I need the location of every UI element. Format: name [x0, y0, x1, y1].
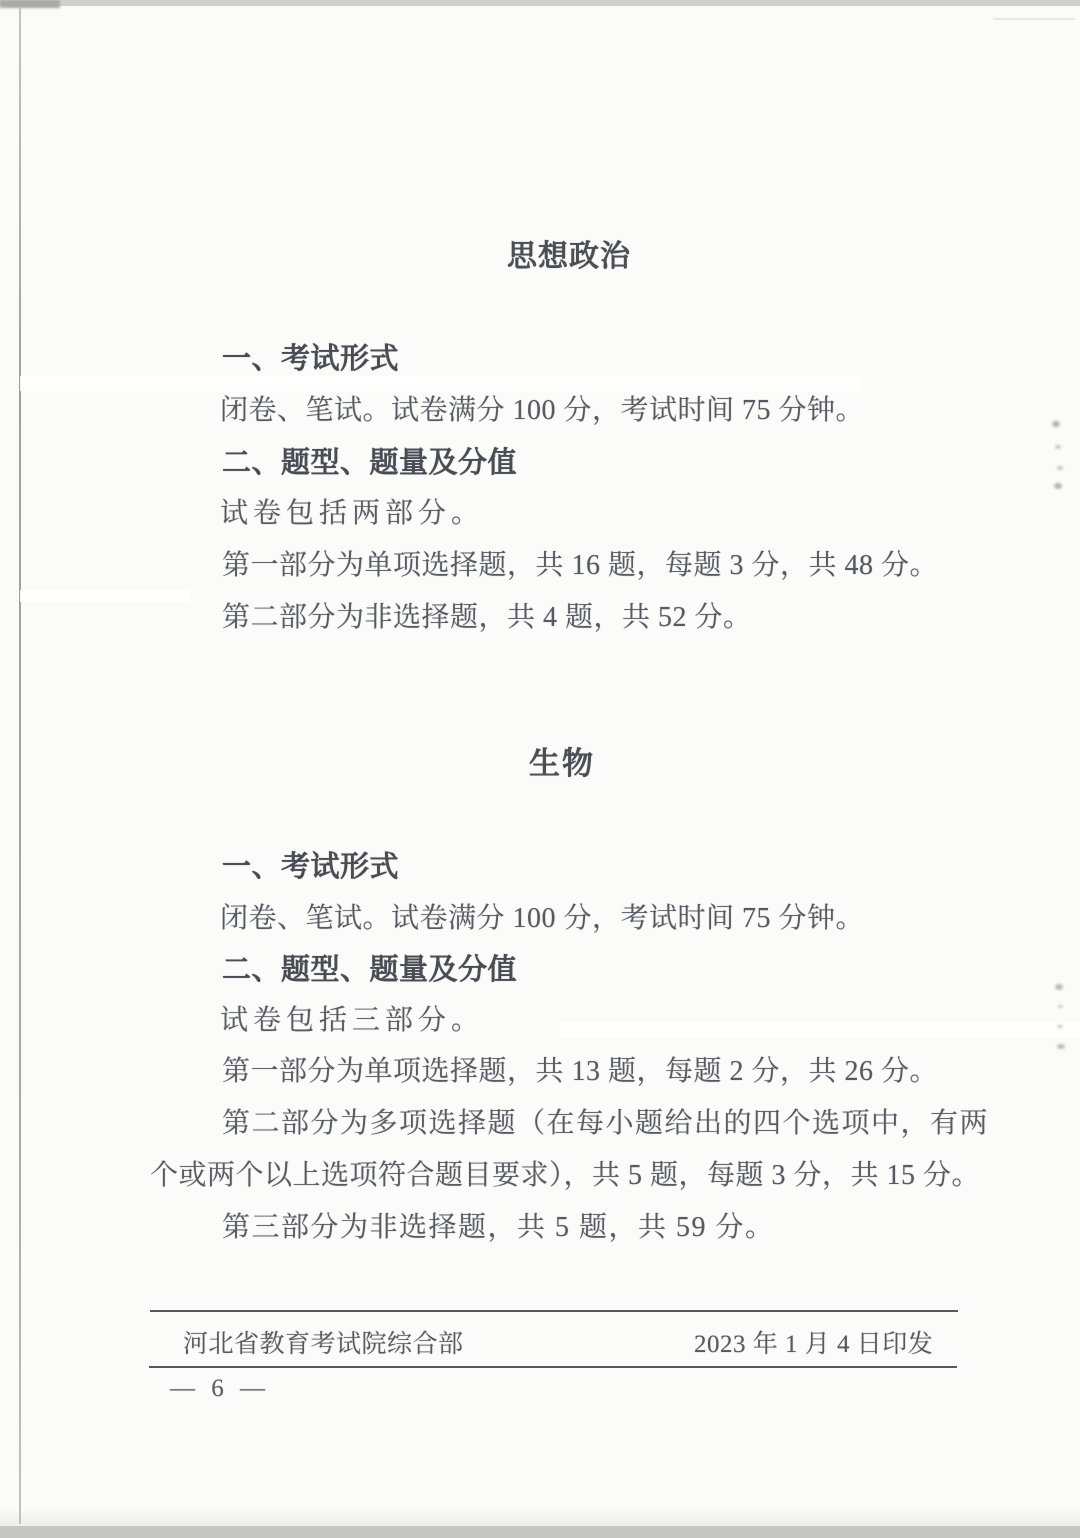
politics-heading-exam-format: 一、考试形式: [222, 336, 399, 377]
politics-intro-text: 试卷包括两部分。: [220, 491, 484, 531]
biology-part-2-line-2: 个或两个以上选项符合题目要求），共 5 题，每题 3 分，共 15 分。: [150, 1153, 980, 1193]
scan-smudge: [1054, 483, 1062, 489]
footer-print-date: 2023 年 1 月 4 日印发: [694, 1324, 933, 1360]
biology-part-2-line-1: 第二部分为多项选择题（在每小题给出的四个选项中，有两: [222, 1101, 989, 1141]
footer-issuer: 河北省教育考试院综合部: [183, 1324, 464, 1360]
scan-bottom-edge-shadow: [0, 1508, 1080, 1526]
politics-part-2: 第二部分为非选择题，共 4 题，共 52 分。: [222, 595, 752, 635]
politics-heading-question-types: 二、题型、题量及分值: [222, 440, 517, 481]
scan-smudge: [1058, 1005, 1063, 1008]
page-number: — 6 —: [170, 1375, 270, 1403]
section-title-politics: 思想政治: [507, 231, 631, 275]
scan-smudge: [1052, 421, 1060, 427]
biology-part-1: 第一部分为单项选择题，共 13 题，每题 2 分，共 26 分。: [222, 1049, 938, 1089]
scan-light-band: [20, 590, 190, 602]
biology-exam-format-text: 闭卷、笔试。试卷满分 100 分，考试时间 75 分钟。: [220, 896, 864, 936]
scan-smudge: [1055, 445, 1061, 449]
biology-intro-text: 试卷包括三部分。: [220, 998, 484, 1038]
politics-part-1: 第一部分为单项选择题，共 16 题，每题 3 分，共 48 分。: [222, 543, 938, 583]
scan-light-band: [560, 1022, 1080, 1038]
scanned-document-page: 思想政治 一、考试形式 闭卷、笔试。试卷满分 100 分，考试时间 75 分钟。…: [0, 0, 1080, 1538]
scan-bottom-edge: [0, 1526, 1080, 1538]
biology-heading-exam-format: 一、考试形式: [222, 844, 399, 885]
biology-part-3: 第三部分为非选择题，共 5 题，共 59 分。: [222, 1205, 775, 1245]
footer-rule-top: [150, 1310, 958, 1312]
footer-rule-bottom: [149, 1366, 957, 1368]
politics-exam-format-text: 闭卷、笔试。试卷满分 100 分，考试时间 75 分钟。: [220, 388, 864, 428]
page-left-edge-line: [19, 8, 21, 1524]
scan-smudge: [1057, 466, 1063, 470]
scan-top-edge-shadow: [0, 0, 60, 8]
scan-smudge: [1057, 1044, 1065, 1049]
scan-smudge: [1057, 1025, 1063, 1028]
scan-top-edge: [0, 0, 1080, 6]
scan-crease-line: [993, 18, 1075, 20]
biology-heading-question-types: 二、题型、题量及分值: [222, 947, 517, 988]
scan-smudge: [1055, 984, 1063, 990]
section-title-biology: 生物: [529, 738, 595, 783]
